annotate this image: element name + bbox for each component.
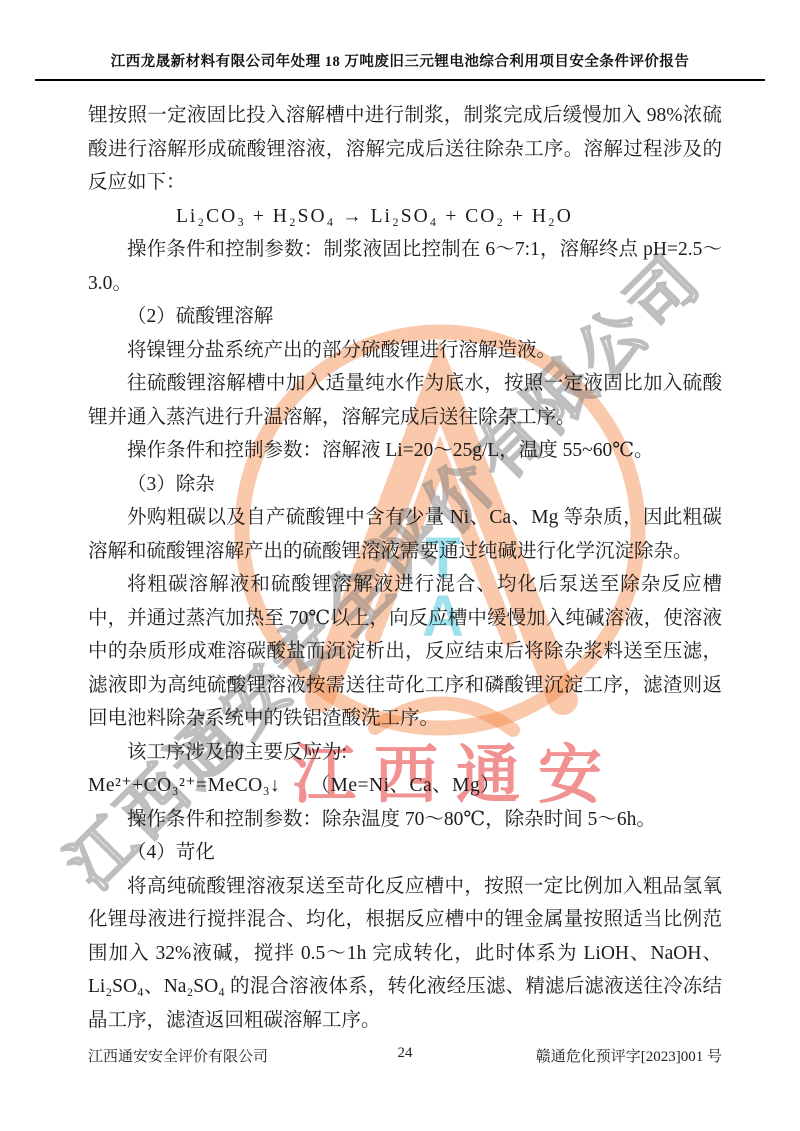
body-paragraph: 将镍锂分盐系统产出的部分硫酸锂进行溶解造液。 <box>88 334 722 368</box>
chemical-equation: Me²⁺+CO₃²⁺=MeCO₃↓ （Me=Ni、Ca、Mg） <box>88 769 722 803</box>
header-rule <box>35 79 765 81</box>
body-paragraph: 将高纯硫酸锂溶液泵送至苛化反应槽中，按照一定比例加入粗品氢氧化锂母液进行搅拌混合… <box>88 870 722 1038</box>
report-page: T A 江西通安安全评价有限公司 江西通安 江西龙晟新材料有限公司年处理 18 … <box>0 0 800 1131</box>
section-heading: （3）除杂 <box>88 468 722 502</box>
page-header: 江西龙晟新材料有限公司年处理 18 万吨废旧三元锂电池综合利用项目安全条件评价报… <box>35 50 765 81</box>
body-paragraph: 操作条件和控制参数：溶解液 Li=20～25g/L，温度 55~60℃。 <box>88 434 722 468</box>
footer-company: 江西通安安全评价有限公司 <box>88 1045 268 1066</box>
section-heading: （4）苛化 <box>88 836 722 870</box>
body-paragraph: 将粗碳溶解液和硫酸锂溶解液进行混合、均化后泵送至除杂反应槽中，并通过蒸汽加热至 … <box>88 568 722 736</box>
body-paragraph: 外购粗碳以及自产硫酸锂中含有少量 Ni、Ca、Mg 等杂质，因此粗碳溶解和硫酸锂… <box>88 501 722 568</box>
chemical-equation: Li₂CO₃ + H₂SO₄ → Li₂SO₄ + CO₂ + H₂O <box>88 200 722 234</box>
page-footer: 24 江西通安安全评价有限公司 赣通危化预评字[2023]001 号 <box>88 1045 722 1066</box>
body-paragraph: 锂按照一定液固比投入溶解槽中进行制浆，制浆完成后缓慢加入 98%浓硫酸进行溶解形… <box>88 99 722 200</box>
body-paragraph: 该工序涉及的主要反应为: <box>88 736 722 770</box>
section-heading: （2）硫酸锂溶解 <box>88 300 722 334</box>
document-body: 锂按照一定液固比投入溶解槽中进行制浆，制浆完成后缓慢加入 98%浓硫酸进行溶解形… <box>88 99 722 1037</box>
footer-doc-number: 赣通危化预评字[2023]001 号 <box>536 1045 722 1066</box>
header-title: 江西龙晟新材料有限公司年处理 18 万吨废旧三元锂电池综合利用项目安全条件评价报… <box>35 50 765 71</box>
body-paragraph: 往硫酸锂溶解槽中加入适量纯水作为底水，按照一定液固比加入硫酸锂并通入蒸汽进行升温… <box>88 367 722 434</box>
body-paragraph: 操作条件和控制参数：制浆液固比控制在 6～7:1，溶解终点 pH=2.5～3.0… <box>88 233 722 300</box>
body-paragraph: 操作条件和控制参数：除杂温度 70～80℃，除杂时间 5～6h。 <box>88 803 722 837</box>
